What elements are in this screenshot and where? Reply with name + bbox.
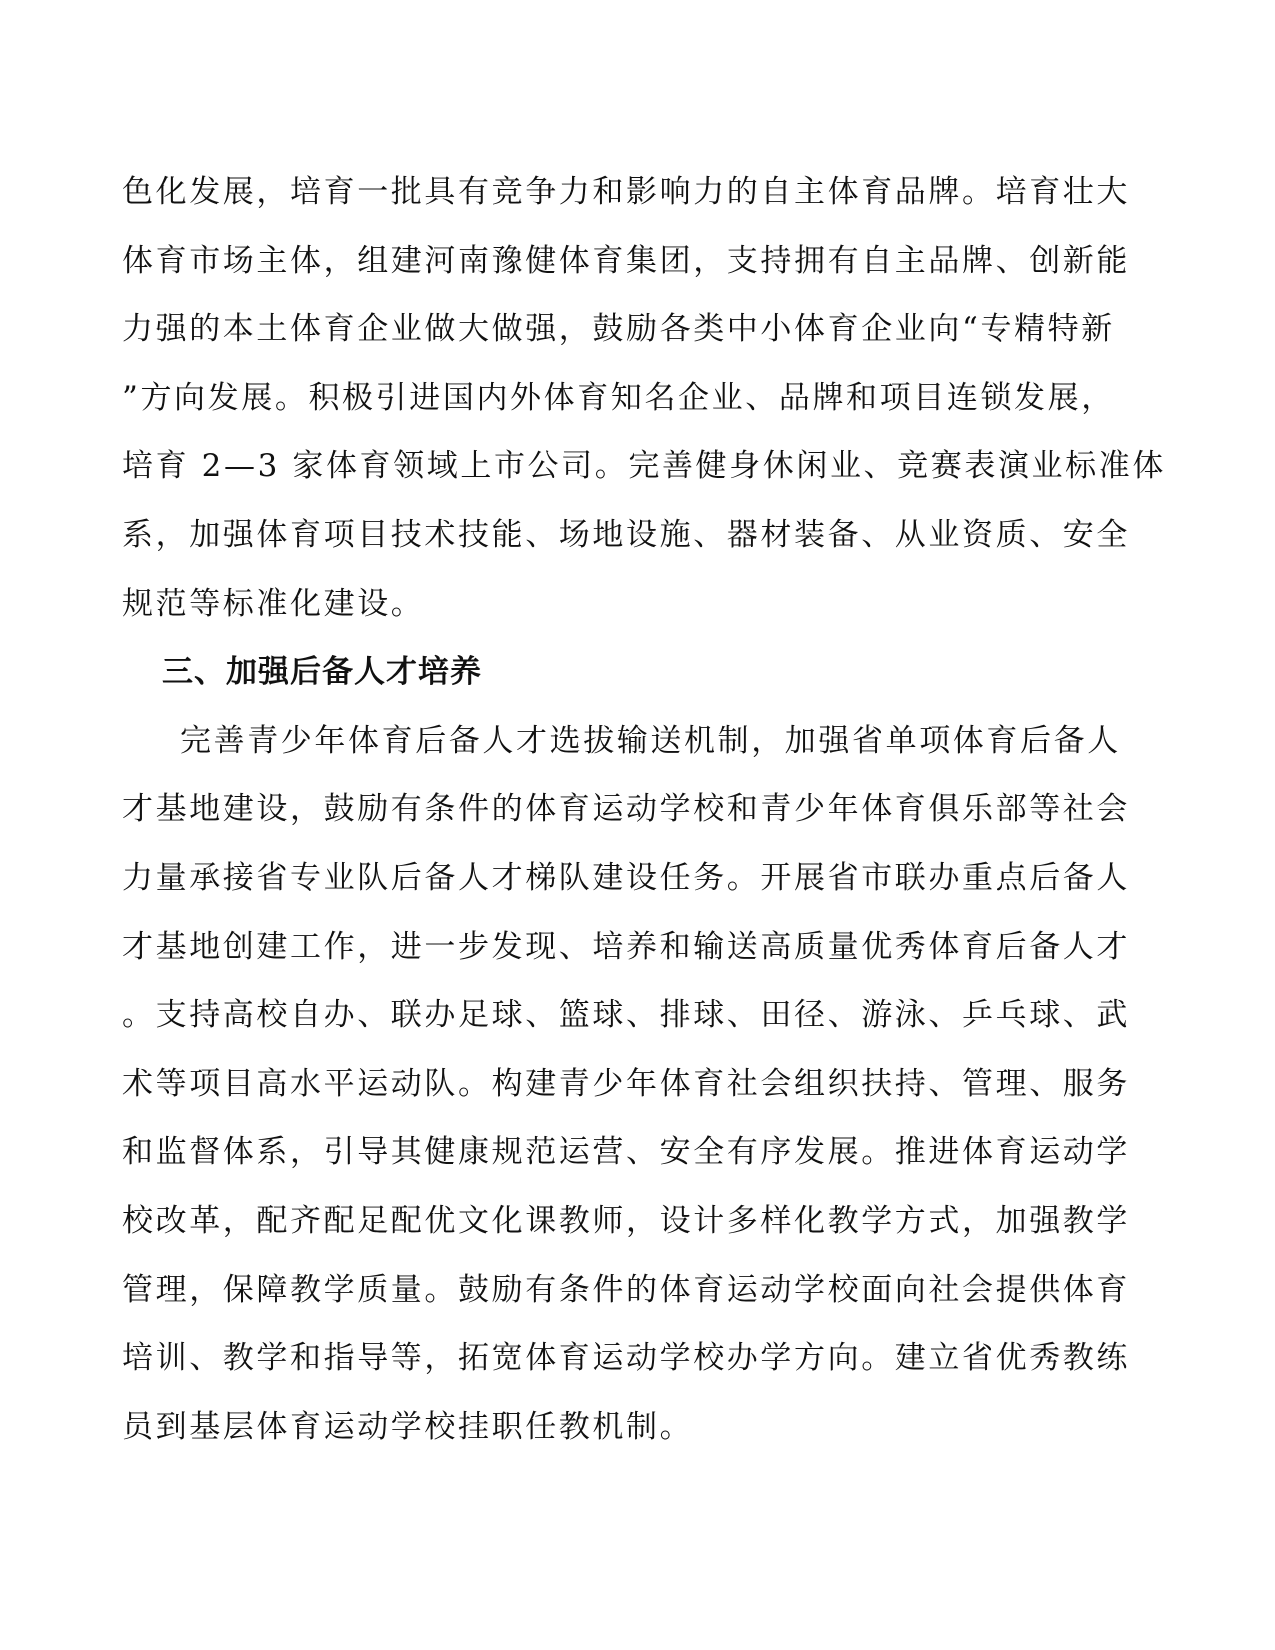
- document-page: 色化发展，培育一批具有竞争力和影响力的自主体育品牌。培育壮大 体育市场主体，组建…: [122, 158, 1082, 1461]
- text-line: 。支持高校自办、联办足球、篮球、排球、田径、游泳、乒乓球、武: [122, 981, 1082, 1050]
- text-line: 和监督体系，引导其健康规范运营、安全有序发展。推进体育运动学: [122, 1118, 1082, 1187]
- text-line: 培训、教学和指导等，拓宽体育运动学校办学方向。建立省优秀教练: [122, 1324, 1082, 1393]
- text-line: 系，加强体育项目技术技能、场地设施、器材装备、从业资质、安全: [122, 501, 1082, 570]
- text-line: 培育 2—3 家体育领域上市公司。完善健身休闲业、竞赛表演业标准体: [122, 432, 1082, 501]
- text-line: 完善青少年体育后备人才选拔输送机制，加强省单项体育后备人: [122, 707, 1082, 776]
- text-line: ”方向发展。积极引进国内外体育知名企业、品牌和项目连锁发展，: [122, 364, 1082, 433]
- text-line: 才基地创建工作，进一步发现、培养和输送高质量优秀体育后备人才: [122, 913, 1082, 982]
- text-line: 色化发展，培育一批具有竞争力和影响力的自主体育品牌。培育壮大: [122, 158, 1082, 227]
- paragraph-1: 色化发展，培育一批具有竞争力和影响力的自主体育品牌。培育壮大 体育市场主体，组建…: [122, 158, 1082, 638]
- text-line: 力量承接省专业队后备人才梯队建设任务。开展省市联办重点后备人: [122, 844, 1082, 913]
- text-line: 术等项目高水平运动队。构建青少年体育社会组织扶持、管理、服务: [122, 1050, 1082, 1119]
- text-line: 校改革，配齐配足配优文化课教师，设计多样化教学方式，加强教学: [122, 1187, 1082, 1256]
- text-line: 员到基层体育运动学校挂职任教机制。: [122, 1393, 1082, 1462]
- text-line: 体育市场主体，组建河南豫健体育集团，支持拥有自主品牌、创新能: [122, 227, 1082, 296]
- section-heading: 三、加强后备人才培养: [122, 638, 1082, 707]
- text-line: 规范等标准化建设。: [122, 570, 1082, 639]
- text-line: 管理，保障教学质量。鼓励有条件的体育运动学校面向社会提供体育: [122, 1256, 1082, 1325]
- text-line: 力强的本土体育企业做大做强，鼓励各类中小体育企业向“专精特新: [122, 295, 1082, 364]
- paragraph-2: 完善青少年体育后备人才选拔输送机制，加强省单项体育后备人 才基地建设，鼓励有条件…: [122, 707, 1082, 1462]
- text-line: 才基地建设，鼓励有条件的体育运动学校和青少年体育俱乐部等社会: [122, 775, 1082, 844]
